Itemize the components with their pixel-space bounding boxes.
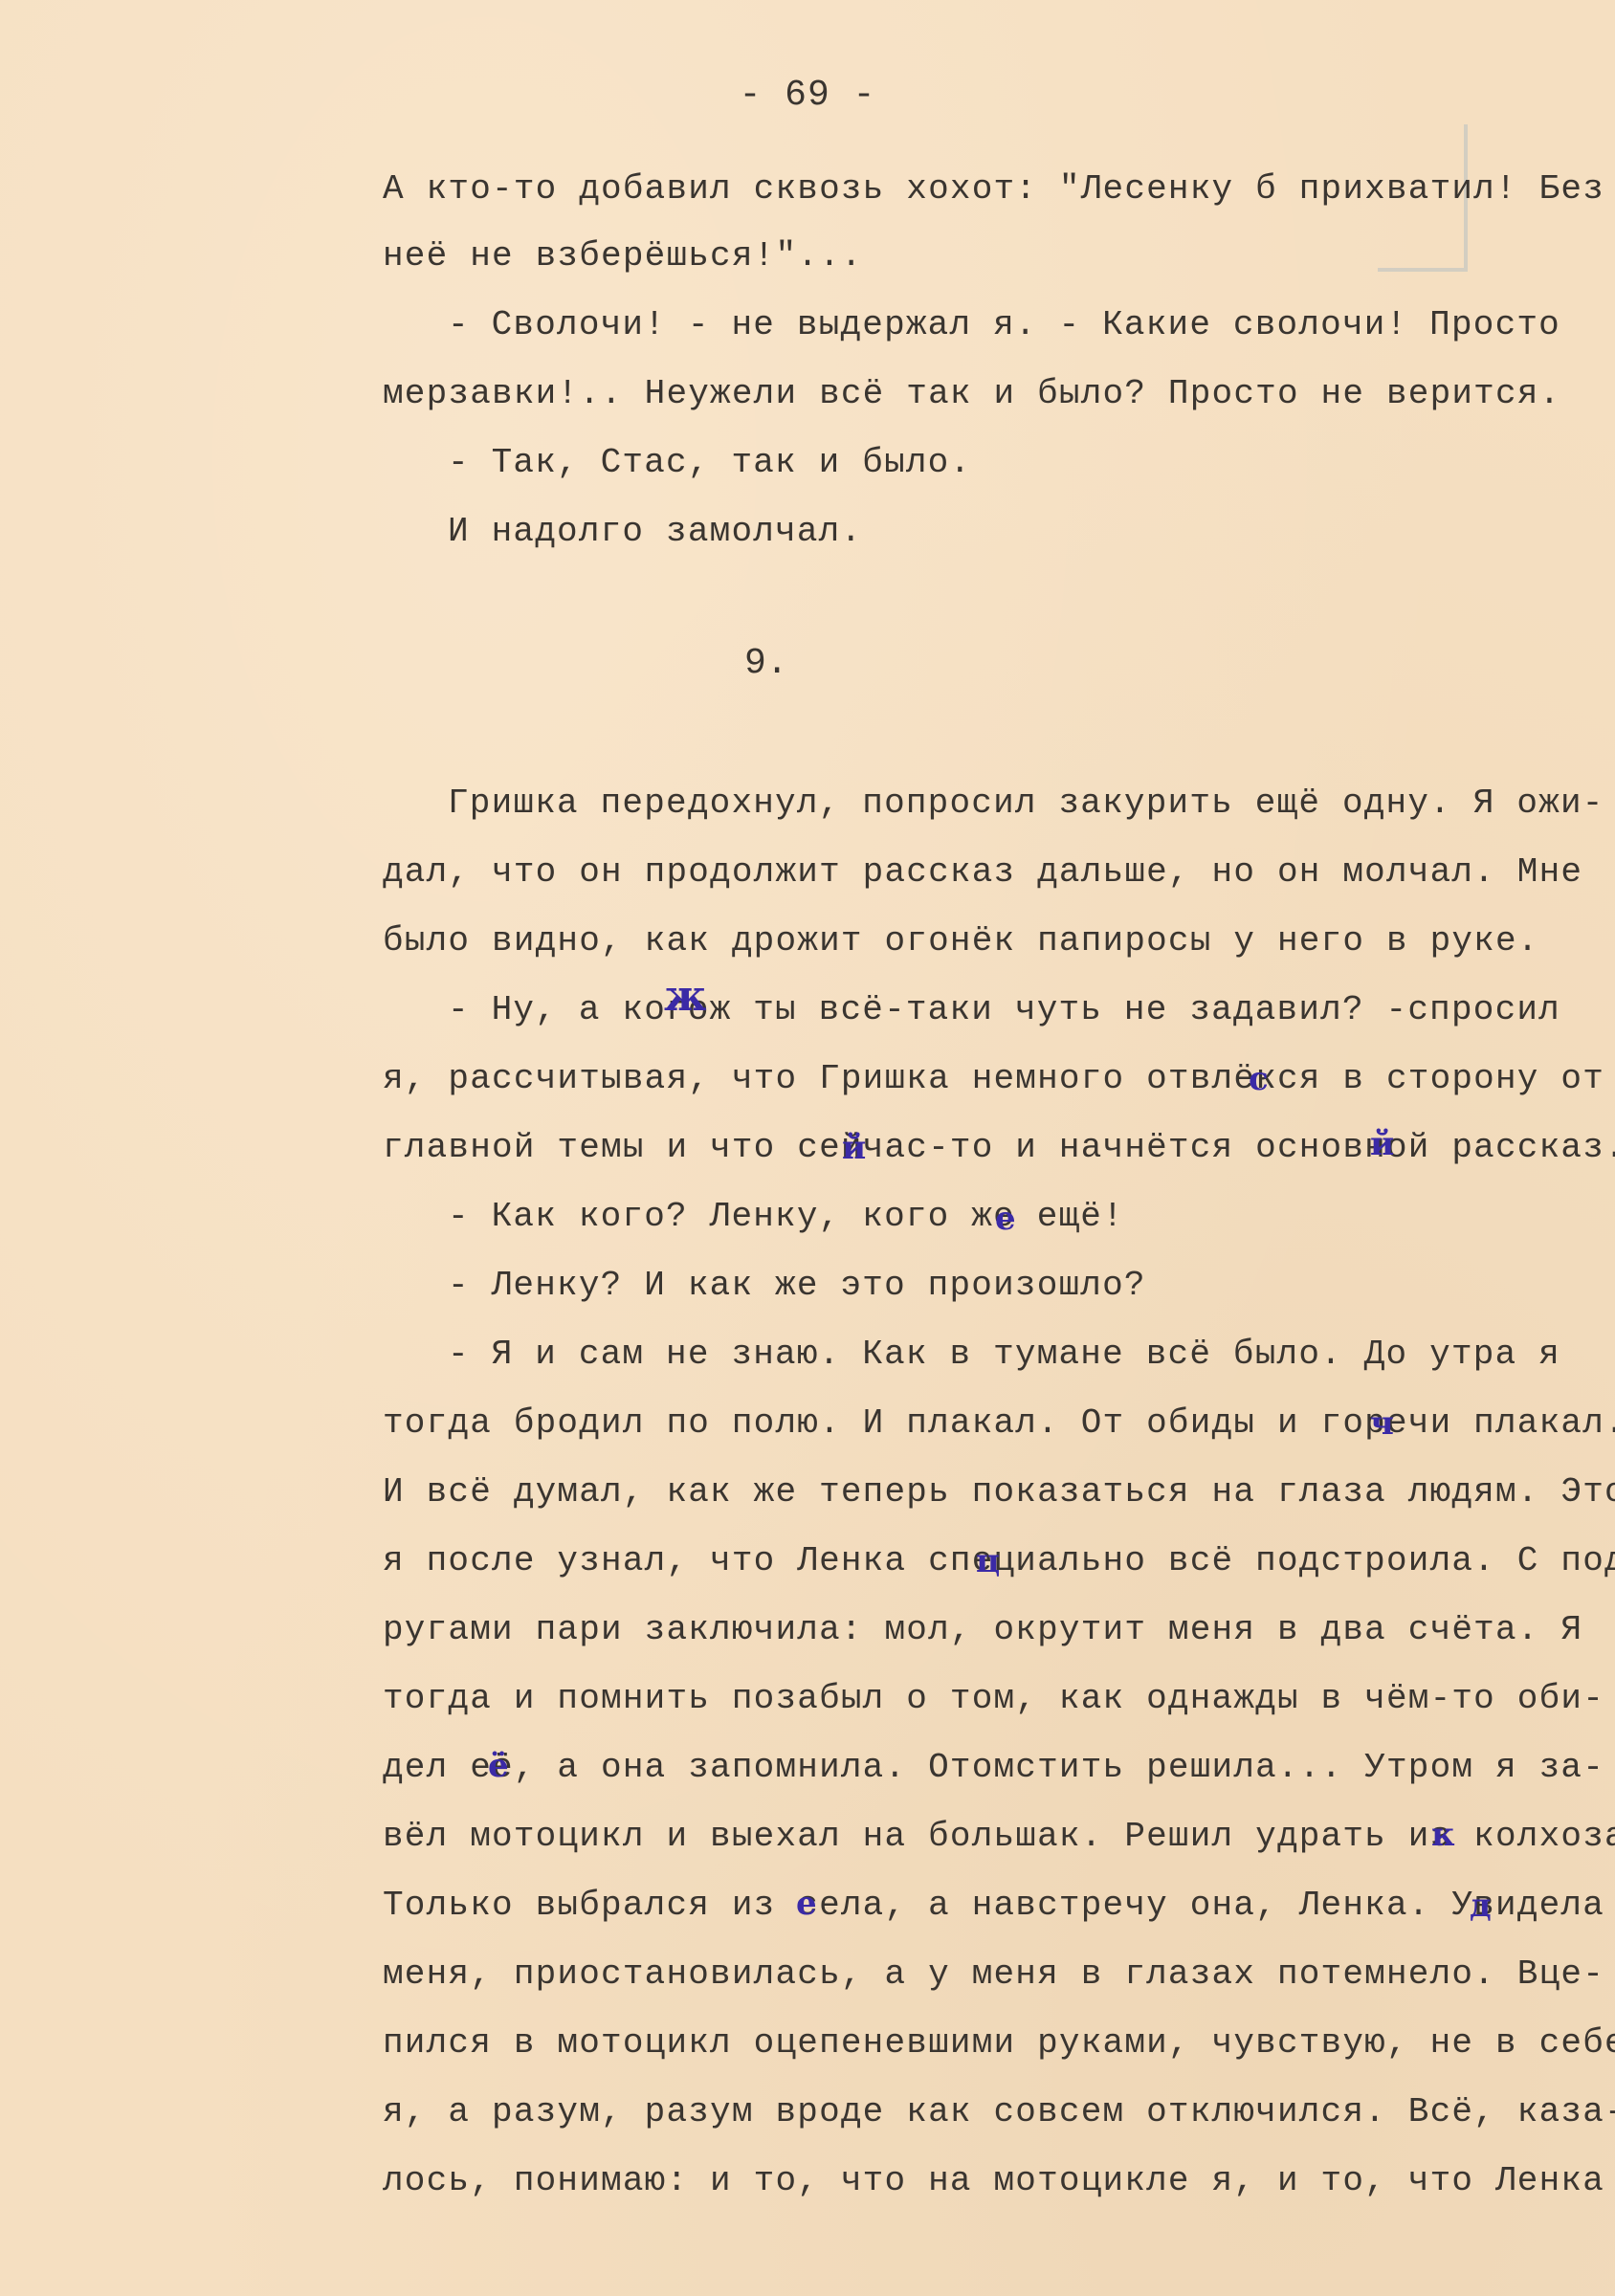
handwritten-correction: с xyxy=(1249,1060,1269,1098)
text-line: Только выбрался из села, а навстречу она… xyxy=(383,1885,1604,1927)
text-line: А кто-то добавил сквозь хохот: "Лесенку … xyxy=(383,168,1604,210)
handwritten-correction: д xyxy=(1470,1887,1492,1925)
handwritten-correction: й xyxy=(1370,1125,1394,1163)
text-line: вёл мотоцикл и выехал на большак. Решил … xyxy=(383,1816,1615,1858)
handwritten-correction: ч xyxy=(1370,1404,1394,1443)
handwritten-correction: е xyxy=(995,1200,1016,1238)
handwritten-correction: ё xyxy=(488,1747,509,1785)
handwritten-correction: ж xyxy=(664,972,706,1021)
section-heading: 9. xyxy=(744,643,788,684)
text-line: было видно, как дрожит огонёк папиросы у… xyxy=(383,920,1539,962)
text-line: тогда и помнить позабыл о том, как однаж… xyxy=(383,1678,1604,1720)
text-line: ругами пари заключила: мол, окрутит меня… xyxy=(383,1609,1582,1651)
handwritten-correction: е xyxy=(796,1885,817,1923)
text-line: - Ну, а когож ты всё-таки чуть не задави… xyxy=(448,989,1560,1031)
text-line: - Так, Стас, так и было. xyxy=(448,442,971,484)
text-line: дал, что он продолжит рассказ дальше, но… xyxy=(383,851,1582,894)
page-number: - 69 - xyxy=(0,75,1615,116)
text-line: - Ленку? И как же это произошло? xyxy=(448,1265,1146,1307)
text-line: - Как кого? Ленку, кого же ещё! xyxy=(448,1196,1124,1238)
text-line: пился в мотоцикл оцепеневшими руками, чу… xyxy=(383,2022,1615,2064)
text-line: тогда бродил по полю. И плакал. От обиды… xyxy=(383,1402,1615,1445)
text-line: И всё думал, как же теперь показаться на… xyxy=(383,1471,1615,1513)
text-line: дел её, а она запомнила. Отомстить решил… xyxy=(383,1747,1604,1789)
text-line: неё не взберёшься!"... xyxy=(383,235,863,277)
handwritten-correction: й xyxy=(842,1129,866,1167)
text-line: мерзавки!.. Неужели всё так и было? Прос… xyxy=(383,373,1560,415)
text-line: главной темы и что сейчас-то и начнётся … xyxy=(383,1127,1615,1169)
text-line: - Сволочи! - не выдержал я. - Какие свол… xyxy=(448,304,1560,346)
text-line: лось, понимаю: и то, что на мотоцикле я,… xyxy=(383,2160,1604,2202)
text-line: меня, приостановилась, а у меня в глазах… xyxy=(383,1954,1604,1996)
text-line: я, а разум, разум вроде как совсем отклю… xyxy=(383,2091,1615,2133)
handwritten-correction: ц xyxy=(976,1542,1000,1580)
text-line: - Я и сам не знаю. Как в тумане всё было… xyxy=(448,1334,1560,1376)
text-line: И надолго замолчал. xyxy=(448,511,862,553)
text-line: я, рассчитывая, что Гришка немного отвлё… xyxy=(383,1058,1604,1100)
handwritten-correction: к xyxy=(1431,1816,1455,1854)
text-line: Гришка передохнул, попросил закурить ещё… xyxy=(448,783,1604,825)
